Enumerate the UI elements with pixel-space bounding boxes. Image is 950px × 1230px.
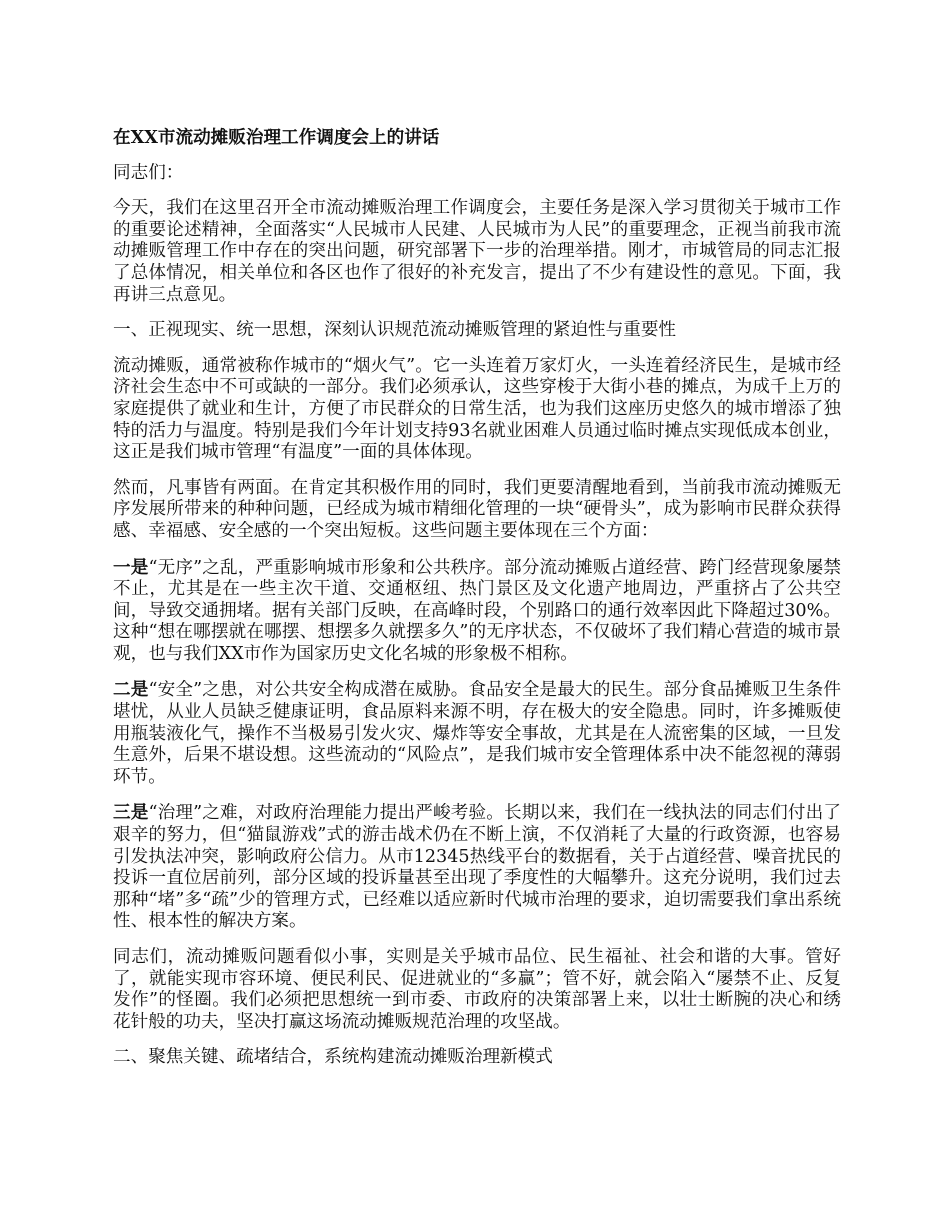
- point-lead: 二是: [113, 679, 149, 700]
- section-heading-2: 二、聚焦关键、疏堵结合，系统构建流动摊贩治理新模式: [113, 1047, 841, 1069]
- point-text: “安全”之患，对公共安全构成潜在威胁。食品安全是最大的民生。部分食品摊贩卫生条件…: [113, 680, 841, 786]
- paragraph-point-2: 二是“安全”之患，对公共安全构成潜在威胁。食品安全是最大的民生。部分食品摊贩卫生…: [113, 679, 841, 788]
- paragraph: 流动摊贩，通常被称作城市的“烟火气”。它一头连着万家灯火，一头连着经济民生，是城…: [113, 356, 841, 464]
- document-title: 在XX市流动摊贩治理工作调度会上的讲话: [113, 127, 841, 149]
- point-lead: 一是: [113, 557, 149, 578]
- paragraph-point-3: 三是“治理”之难，对政府治理能力提出严峻考验。长期以来，我们在一线执法的同志们付…: [113, 802, 841, 933]
- point-lead: 三是: [113, 802, 149, 823]
- salutation: 同志们：: [113, 163, 841, 185]
- document-page: 在XX市流动摊贩治理工作调度会上的讲话 同志们： 今天，我们在这里召开全市流动摊…: [113, 127, 841, 1083]
- section-heading-1: 一、正视现实、统一思想，深刻认识规范流动摊贩管理的紧迫性与重要性: [113, 320, 841, 342]
- paragraph-point-1: 一是“无序”之乱，严重影响城市形象和公共秩序。部分流动摊贩占道经营、跨门经营现象…: [113, 557, 841, 666]
- point-text: “治理”之难，对政府治理能力提出严峻考验。长期以来，我们在一线执法的同志们付出了…: [113, 803, 841, 931]
- paragraph: 同志们，流动摊贩问题看似小事，实则是关乎城市品位、民生福祉、社会和谐的大事。管好…: [113, 947, 841, 1033]
- paragraph: 然而，凡事皆有两面。在肯定其积极作用的同时，我们更要清醒地看到，当前我市流动摊贩…: [113, 478, 841, 543]
- point-text: “无序”之乱，严重影响城市形象和公共秩序。部分流动摊贩占道经营、跨门经营现象屡禁…: [113, 558, 841, 664]
- paragraph-intro: 今天，我们在这里召开全市流动摊贩治理工作调度会，主要任务是深入学习贯彻关于城市工…: [113, 198, 841, 306]
